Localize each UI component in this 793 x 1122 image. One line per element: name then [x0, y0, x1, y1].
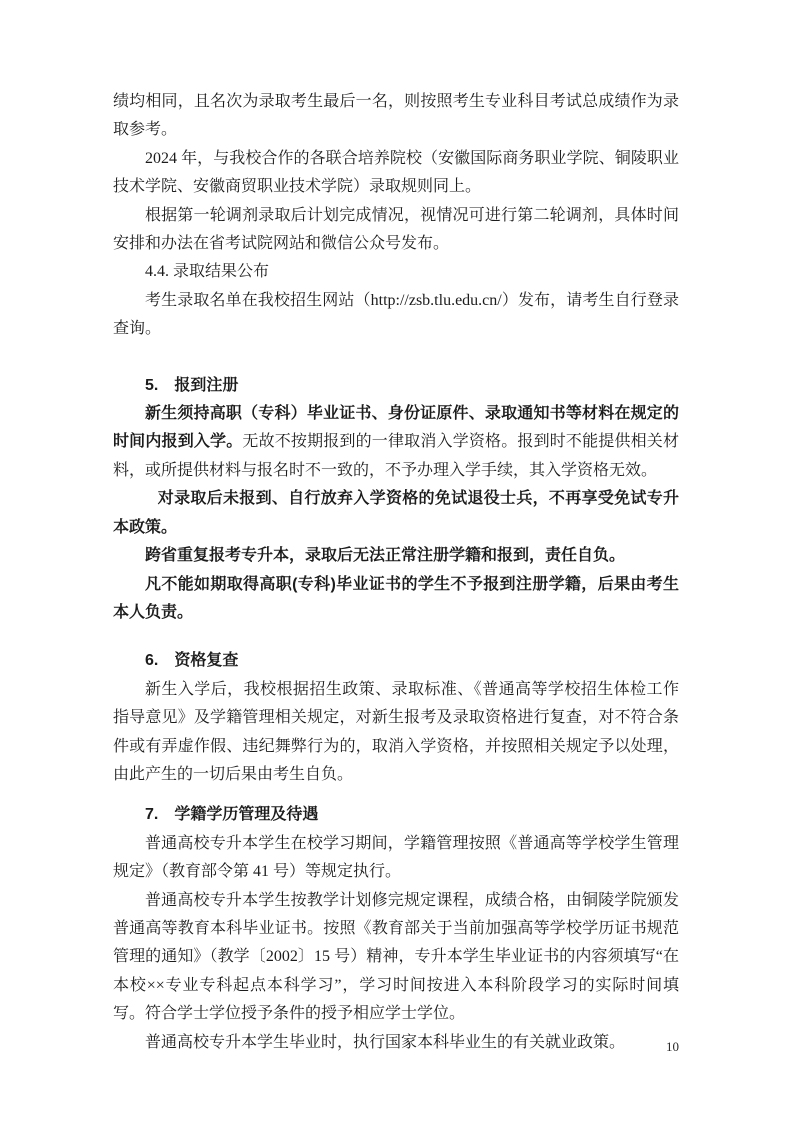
text-run: 绩均相同，且名次为录取考生最后一名，则按照考生专业科目考试总成绩作为录取参考。 [113, 93, 679, 138]
bold-text-run: 凡不能如期取得高职(专科)毕业证书的学生不予报到注册学籍，后果由考生本人负责。 [113, 576, 679, 621]
text-run: 普通高校专升本学生按教学计划修完规定课程，成绩合格，由铜陵学院颁发普通高等教育本… [113, 892, 679, 1023]
sub-heading: 4.4. 录取结果公布 [113, 258, 679, 286]
body-paragraph: 对录取后未报到、自行放弃入学资格的免试退役士兵，不再享受免试专升本政策。 [113, 485, 679, 542]
text-run: 2024 年，与我校合作的各联合培养院校（安徽国际商务职业学院、铜陵职业技术学院… [113, 150, 679, 195]
document-body: 绩均相同，且名次为录取考生最后一名，则按照考生专业科目考试总成绩作为录取参考。2… [113, 88, 679, 1057]
text-run: 普通高校专升本学生在校学习期间，学籍管理按照《普通高等学校学生管理规定》（教育部… [113, 835, 679, 880]
body-paragraph: 普通高校专升本学生在校学习期间，学籍管理按照《普通高等学校学生管理规定》（教育部… [113, 830, 679, 887]
body-paragraph: 新生入学后，我校根据招生政策、录取标准、《普通高等学校招生体检工作指导意见》及学… [113, 676, 679, 790]
body-paragraph: 考生录取名单在我校招生网站（http://zsb.tlu.edu.cn/）发布，… [113, 287, 679, 344]
body-paragraph: 绩均相同，且名次为录取考生最后一名，则按照考生专业科目考试总成绩作为录取参考。 [113, 88, 679, 145]
body-paragraph: 根据第一轮调剂录取后计划完成情况，视情况可进行第二轮调剂，具体时间安排和办法在省… [113, 202, 679, 259]
body-paragraph: 新生须持高职（专科）毕业证书、身份证原件、录取通知书等材料在规定的时间内报到入学… [113, 400, 679, 485]
section-heading: 7. 学籍学历管理及待遇 [113, 801, 679, 829]
body-paragraph: 跨省重复报考专升本，录取后无法正常注册学籍和报到，责任自负。 [113, 542, 679, 570]
text-run: 根据第一轮调剂录取后计划完成情况，视情况可进行第二轮调剂，具体时间安排和办法在省… [113, 207, 679, 252]
text-run: 新生入学后，我校根据招生政策、录取标准、《普通高等学校招生体检工作指导意见》及学… [113, 681, 679, 783]
text-run: 4.4. 录取结果公布 [145, 263, 269, 280]
page-number: 10 [666, 1039, 679, 1054]
bold-text-run: 6. 资格复查 [145, 652, 238, 669]
body-paragraph: 普通高校专升本学生按教学计划修完规定课程，成绩合格，由铜陵学院颁发普通高等教育本… [113, 887, 679, 1029]
section-heading: 6. 资格复查 [113, 647, 679, 675]
body-paragraph: 凡不能如期取得高职(专科)毕业证书的学生不予报到注册学籍，后果由考生本人负责。 [113, 571, 679, 628]
bold-text-run: 5. 报到注册 [145, 377, 238, 394]
body-paragraph: 2024 年，与我校合作的各联合培养院校（安徽国际商务职业学院、铜陵职业技术学院… [113, 145, 679, 202]
text-run: 考生录取名单在我校招生网站（http://zsb.tlu.edu.cn/）发布，… [113, 292, 679, 337]
document-page: 绩均相同，且名次为录取考生最后一名，则按照考生专业科目考试总成绩作为录取参考。2… [0, 0, 793, 1122]
bold-text-run: 对录取后未报到、自行放弃入学资格的免试退役士兵，不再享受免试专升本政策。 [113, 490, 679, 535]
section-heading: 5. 报到注册 [113, 372, 679, 400]
bold-text-run: 7. 学籍学历管理及待遇 [145, 806, 318, 823]
page-footer: 10 [113, 1038, 679, 1056]
bold-text-run: 跨省重复报考专升本，录取后无法正常注册学籍和报到，责任自负。 [145, 547, 625, 564]
